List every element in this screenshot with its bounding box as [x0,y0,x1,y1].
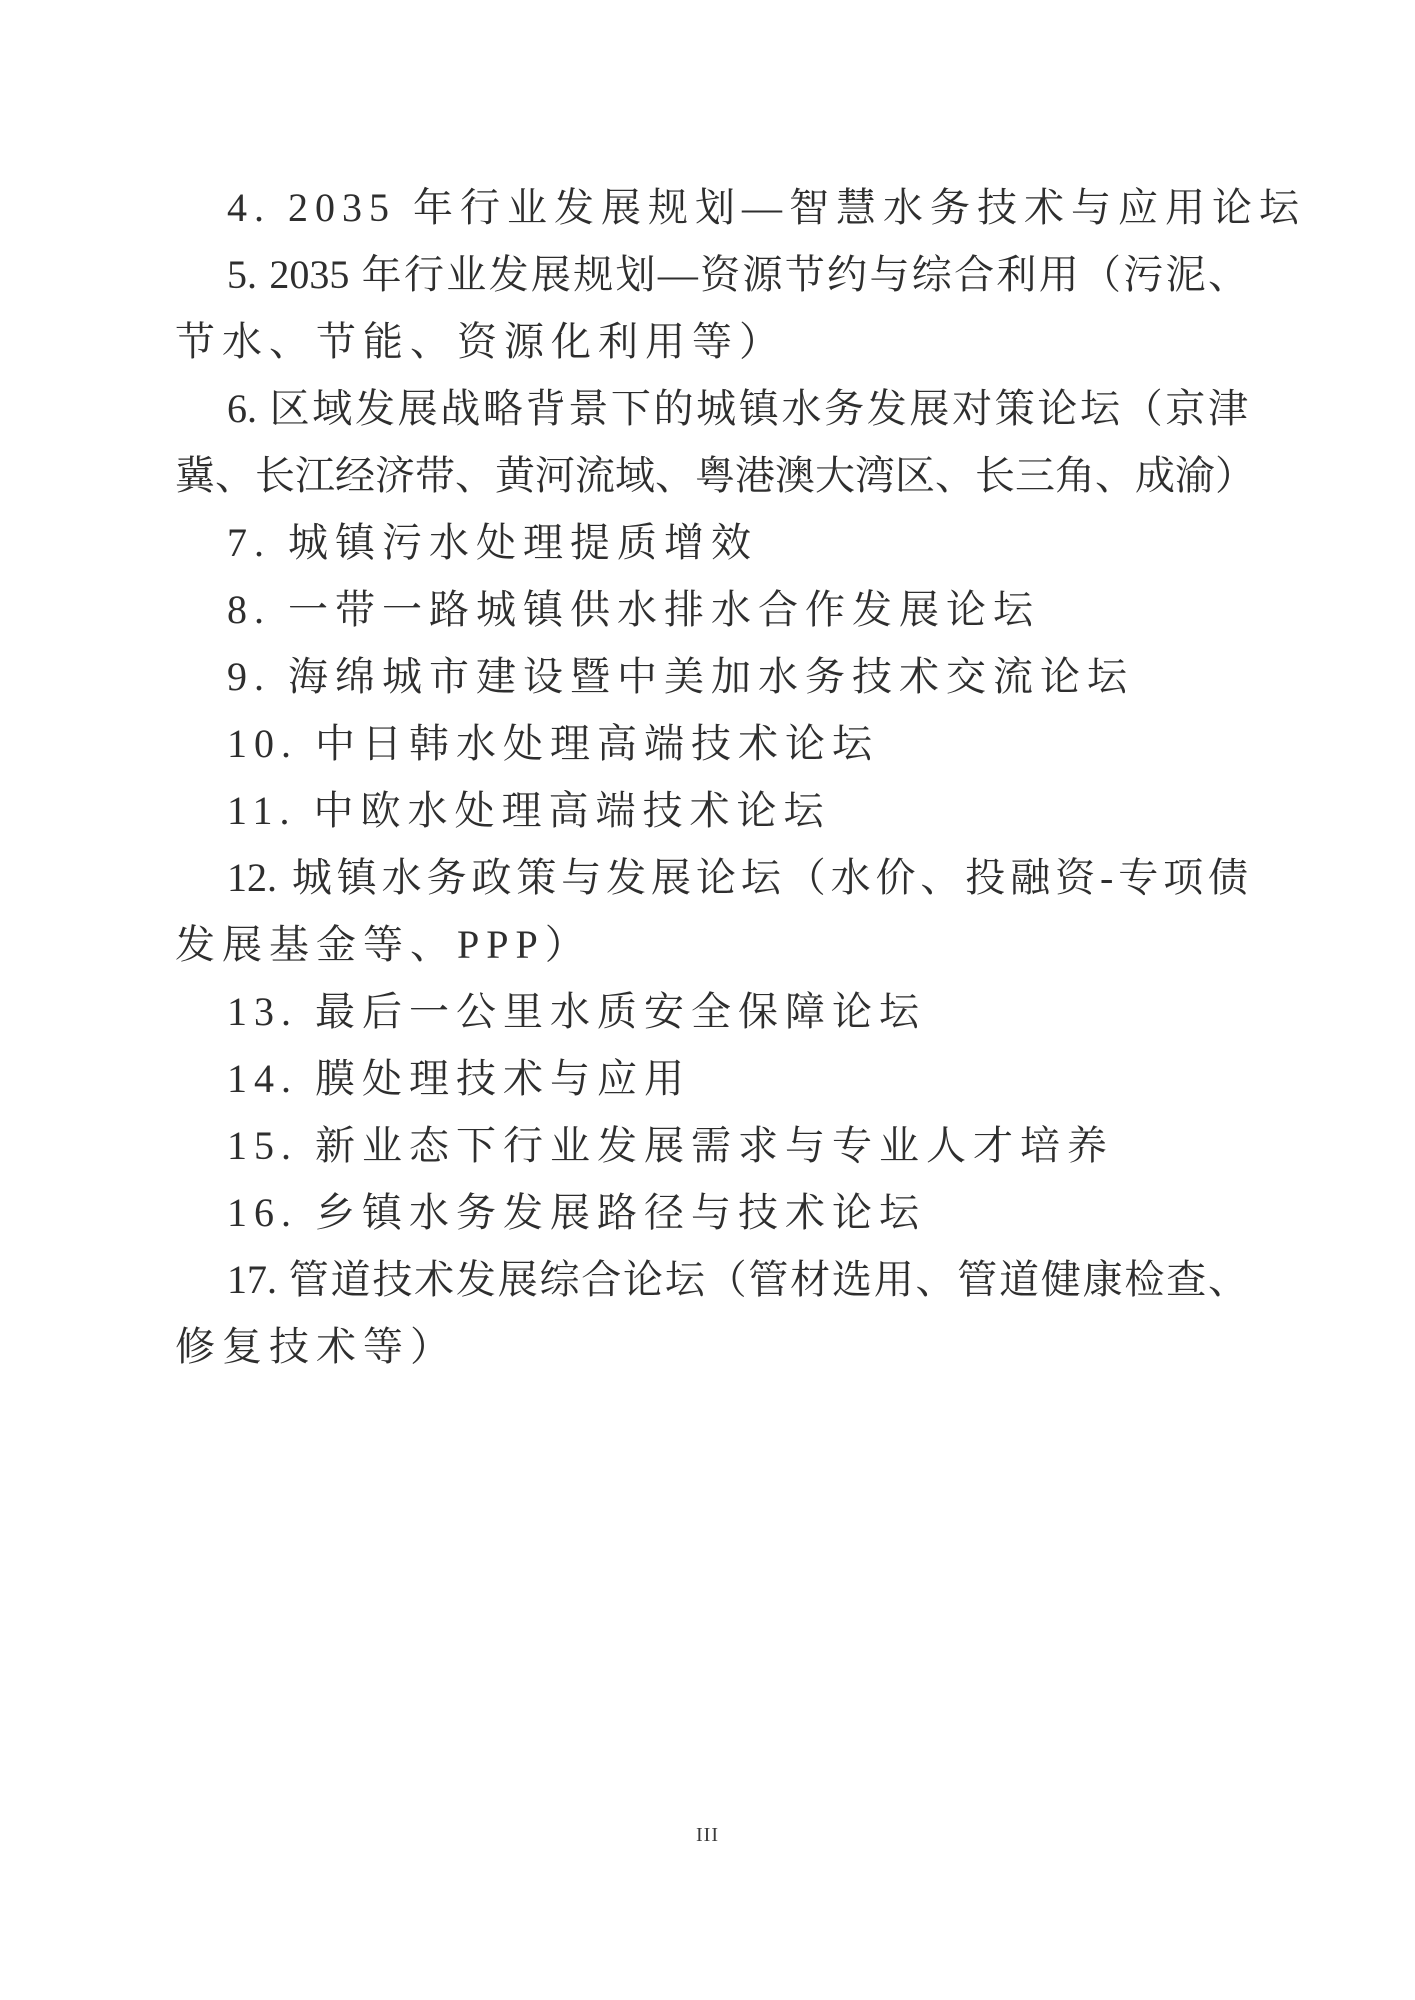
list-item-line: 4. 2035 年行业发展规划—智慧水务技术与应用论坛 [175,174,1248,241]
list-item-line: 10. 中日韩水处理高端技术论坛 [175,710,1248,777]
list-item-line: 发展基金等、PPP） [175,911,1248,978]
list-item-line: 修复技术等） [175,1313,1248,1380]
list-item-line: 13. 最后一公里水质安全保障论坛 [175,978,1248,1045]
list-item-line: 16. 乡镇水务发展路径与技术论坛 [175,1179,1248,1246]
list-item-line: 12. 城镇水务政策与发展论坛（水价、投融资-专项债 [175,844,1248,911]
list-item-line: 9. 海绵城市建设暨中美加水务技术交流论坛 [175,643,1248,710]
list-item-line: 5. 2035 年行业发展规划—资源节约与综合利用（污泥、 [175,241,1248,308]
list-item-line: 17. 管道技术发展综合论坛（管材选用、管道健康检查、 [175,1246,1248,1313]
list-item-line: 节水、节能、资源化利用等） [175,308,1248,375]
list-item-line: 7. 城镇污水处理提质增效 [175,509,1248,576]
list-item-line: 8. 一带一路城镇供水排水合作发展论坛 [175,576,1248,643]
page-number: III [0,1824,1415,1847]
list-item-line: 6. 区域发展战略背景下的城镇水务发展对策论坛（京津 [175,375,1248,442]
document-page: 4. 2035 年行业发展规划—智慧水务技术与应用论坛5. 2035 年行业发展… [0,0,1415,2000]
list-item-line: 14. 膜处理技术与应用 [175,1045,1248,1112]
list-item-line: 冀、长江经济带、黄河流域、粤港澳大湾区、长三角、成渝） [175,442,1248,509]
list-item-line: 15. 新业态下行业发展需求与专业人才培养 [175,1112,1248,1179]
forum-list: 4. 2035 年行业发展规划—智慧水务技术与应用论坛5. 2035 年行业发展… [175,174,1248,1380]
list-item-line: 11. 中欧水处理高端技术论坛 [175,777,1248,844]
